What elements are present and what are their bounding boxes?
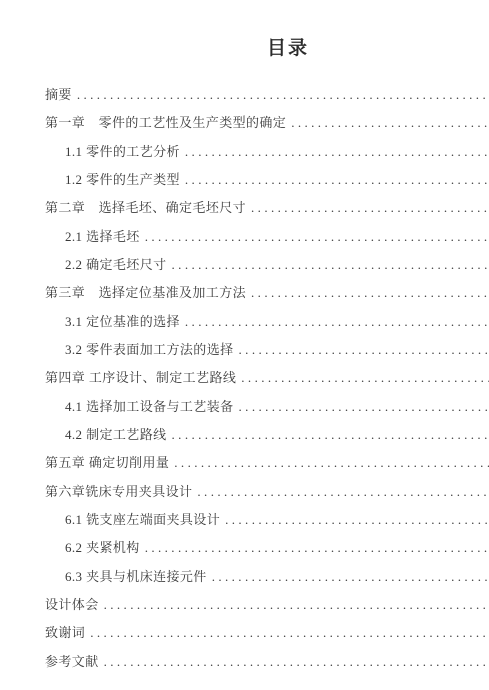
dot-leader: ........................................… — [145, 223, 489, 251]
toc-entry[interactable]: 第一章 零件的工艺性及生产类型的确定......................… — [45, 109, 489, 137]
dot-leader: ........................................… — [174, 449, 489, 477]
dot-leader: ........................................… — [172, 251, 489, 279]
toc-entry-label: 3.1 定位基准的选择 — [65, 308, 180, 336]
toc-entry-label: 3.2 零件表面加工方法的选择 — [65, 336, 234, 364]
dot-leader: ........................................… — [239, 336, 489, 364]
dot-leader: ........................................… — [172, 421, 489, 449]
toc-entry[interactable]: 3.1 定位基准的选择.............................… — [45, 308, 489, 336]
dot-leader: ........................................… — [77, 81, 489, 109]
toc-entry-label: 1.1 零件的工艺分析 — [65, 138, 180, 166]
page-title-wrap: 目录 — [0, 33, 489, 60]
toc-entry-label: 第五章 确定切削用量 — [45, 449, 169, 477]
toc-entry[interactable]: 6.2 夹紧机构................................… — [45, 534, 489, 562]
toc-entry[interactable]: 第二章 选择毛坯、确定毛坯尺寸.........................… — [45, 194, 489, 222]
toc-entry-label: 1.2 零件的生产类型 — [65, 166, 180, 194]
toc-entry-label: 第一章 零件的工艺性及生产类型的确定 — [45, 109, 286, 137]
dot-leader: ........................................… — [291, 109, 489, 137]
toc-entry[interactable]: 参考文献....................................… — [45, 648, 489, 676]
dot-leader: ........................................… — [104, 648, 489, 676]
dot-leader: ........................................… — [197, 478, 489, 506]
toc-entry[interactable]: 第四章 工序设计、制定工艺路线.........................… — [45, 364, 489, 392]
document-page: 目录 摘要...................................… — [0, 0, 489, 690]
dot-leader: ........................................… — [225, 506, 489, 534]
toc-entry-label: 2.2 确定毛坯尺寸 — [65, 251, 167, 279]
toc-entry[interactable]: 第六章铣床专用夹具设计.............................… — [45, 478, 489, 506]
page-title: 目录 — [267, 33, 309, 60]
toc-entry[interactable]: 2.2 确定毛坯尺寸..............................… — [45, 251, 489, 279]
toc-entry-label: 第六章铣床专用夹具设计 — [45, 478, 192, 506]
toc-entry-label: 第三章 选择定位基准及加工方法 — [45, 279, 246, 307]
dot-leader: ........................................… — [185, 166, 489, 194]
toc-entry[interactable]: 1.1 零件的工艺分析.............................… — [45, 138, 489, 166]
dot-leader: ........................................… — [104, 591, 489, 619]
toc-entry-label: 摘要 — [45, 81, 72, 109]
toc-entry-label: 6.2 夹紧机构 — [65, 534, 140, 562]
dot-leader: ........................................… — [251, 194, 489, 222]
toc-entry[interactable]: 1.2 零件的生产类型.............................… — [45, 166, 489, 194]
dot-leader: ........................................… — [251, 279, 489, 307]
toc-entry[interactable]: 致谢词.....................................… — [45, 619, 489, 647]
toc-entry-label: 2.1 选择毛坯 — [65, 223, 140, 251]
toc-entry[interactable]: 4.2 制定工艺路线..............................… — [45, 421, 489, 449]
toc-entry-label: 4.1 选择加工设备与工艺装备 — [65, 393, 234, 421]
toc-entry[interactable]: 2.1 选择毛坯................................… — [45, 223, 489, 251]
toc-entry[interactable]: 第五章 确定切削用量..............................… — [45, 449, 489, 477]
toc-entry-label: 第四章 工序设计、制定工艺路线 — [45, 364, 236, 392]
toc-entry[interactable]: 摘要......................................… — [45, 81, 489, 109]
dot-leader: ........................................… — [185, 138, 489, 166]
toc-entry[interactable]: 3.2 零件表面加工方法的选择.........................… — [45, 336, 489, 364]
toc-entry[interactable]: 第三章 选择定位基准及加工方法.........................… — [45, 279, 489, 307]
toc-entry[interactable]: 4.1 选择加工设备与工艺装备.........................… — [45, 393, 489, 421]
toc-entry-label: 6.3 夹具与机床连接元件 — [65, 563, 207, 591]
toc-list: 摘要......................................… — [45, 81, 489, 676]
dot-leader: ........................................… — [90, 619, 489, 647]
toc-entry-label: 6.1 铣支座左端面夹具设计 — [65, 506, 220, 534]
toc-entry-label: 第二章 选择毛坯、确定毛坯尺寸 — [45, 194, 246, 222]
dot-leader: ........................................… — [145, 534, 489, 562]
toc-entry[interactable]: 6.1 铣支座左端面夹具设计..........................… — [45, 506, 489, 534]
toc-entry-label: 4.2 制定工艺路线 — [65, 421, 167, 449]
dot-leader: ........................................… — [241, 364, 489, 392]
toc-entry[interactable]: 6.3 夹具与机床连接元件...........................… — [45, 563, 489, 591]
dot-leader: ........................................… — [212, 563, 489, 591]
toc-entry-label: 参考文献 — [45, 648, 99, 676]
dot-leader: ........................................… — [185, 308, 489, 336]
toc-entry-label: 致谢词 — [45, 619, 85, 647]
toc-entry-label: 设计体会 — [45, 591, 99, 619]
dot-leader: ........................................… — [239, 393, 489, 421]
toc-entry[interactable]: 设计体会....................................… — [45, 591, 489, 619]
